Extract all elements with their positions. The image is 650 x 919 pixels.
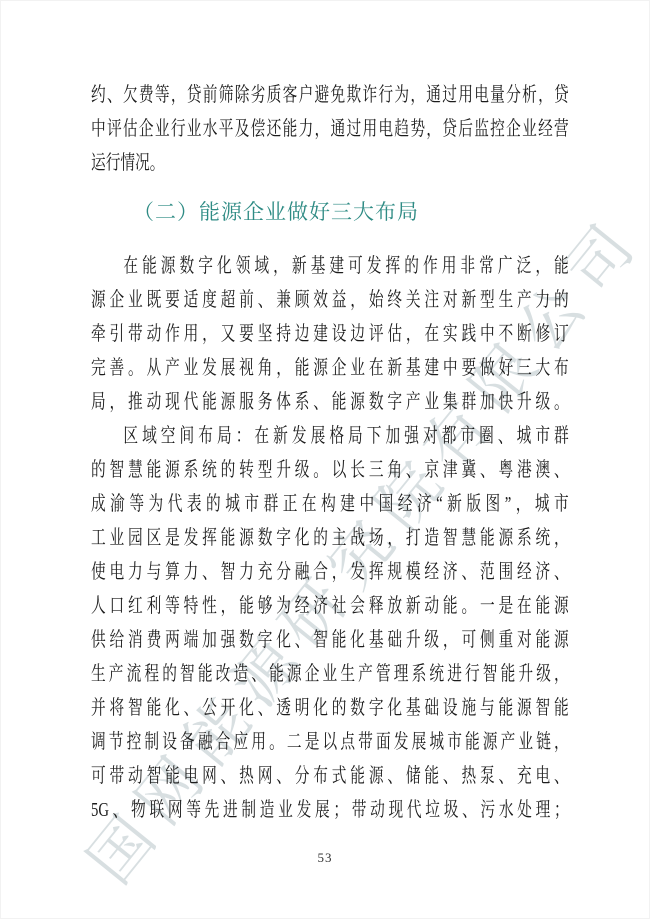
paragraph: 在能源数字化领域，新基建可发挥的作用非常广泛，能源企业既要适度超前、兼顾效益，始… <box>91 249 569 419</box>
text-line: 调节控制设备融合应用。二是以点带面发展城市能源产业链， <box>91 725 569 759</box>
document-page: 国网能源研究院有限公司 约、欠费等，贷前筛除劣质客户避免欺诈行为，通过用电量分析… <box>0 0 650 919</box>
text-line: 约、欠费等，贷前筛除劣质客户避免欺诈行为，通过用电量分析，贷 <box>91 78 569 112</box>
paragraph: 区域空间布局：在新发展格局下加强对都市圈、城市群的智慧能源系统的转型升级。以长三… <box>91 419 569 827</box>
page-number: 53 <box>1 850 649 866</box>
text-line: 可带动智能电网、热网、分布式能源、储能、热泵、充电、 <box>91 759 569 793</box>
text-line: 并将智能化、公开化、透明化的数字化基础设施与能源智能 <box>91 691 569 725</box>
text-line: 工业园区是发挥能源数字化的主战场，打造智慧能源系统， <box>91 521 569 555</box>
text-line: 运行情况。 <box>91 146 569 180</box>
text-line: 供给消费两端加强数字化、智能化基础升级，可侧重对能源 <box>91 623 569 657</box>
text-line: 5G、物联网等先进制造业发展；带动现代垃圾、污水处理； <box>91 793 569 827</box>
text-line: 使电力与算力、智力充分融合，发挥规模经济、范围经济、 <box>91 555 569 589</box>
text-line: 牵引带动作用，又要坚持边建设边评估，在实践中不断修订 <box>91 317 569 351</box>
text-line: 局，推动现代能源服务体系、能源数字产业集群加快升级。 <box>91 385 569 419</box>
text-line: 成渝等为代表的城市群正在构建中国经济“新版图”，城市 <box>91 487 569 521</box>
text-line: 人口红利等特性，能够为经济社会释放新动能。一是在能源 <box>91 589 569 623</box>
text-line: 的智慧能源系统的转型升级。以长三角、京津冀、粤港澳、 <box>91 453 569 487</box>
section-heading: （二）能源企业做好三大布局 <box>91 195 569 229</box>
paragraph-group-after-heading: 在能源数字化领域，新基建可发挥的作用非常广泛，能源企业既要适度超前、兼顾效益，始… <box>91 249 569 827</box>
text-line: 中评估企业行业水平及偿还能力，通过用电趋势，贷后监控企业经营 <box>91 112 569 146</box>
text-line: 在能源数字化领域，新基建可发挥的作用非常广泛，能 <box>91 249 569 283</box>
paragraph: 约、欠费等，贷前筛除劣质客户避免欺诈行为，通过用电量分析，贷中评估企业行业水平及… <box>91 78 569 180</box>
text-line: 完善。从产业发展视角，能源企业在新基建中要做好三大布 <box>91 351 569 385</box>
text-line: 源企业既要适度超前、兼顾效益，始终关注对新型生产力的 <box>91 283 569 317</box>
text-line: 区域空间布局：在新发展格局下加强对都市圈、城市群 <box>91 419 569 453</box>
document-body: 约、欠费等，贷前筛除劣质客户避免欺诈行为，通过用电量分析，贷中评估企业行业水平及… <box>91 78 569 827</box>
text-line: 生产流程的智能改造、能源企业生产管理系统进行智能升级， <box>91 657 569 691</box>
paragraph-group-before-heading: 约、欠费等，贷前筛除劣质客户避免欺诈行为，通过用电量分析，贷中评估企业行业水平及… <box>91 78 569 180</box>
